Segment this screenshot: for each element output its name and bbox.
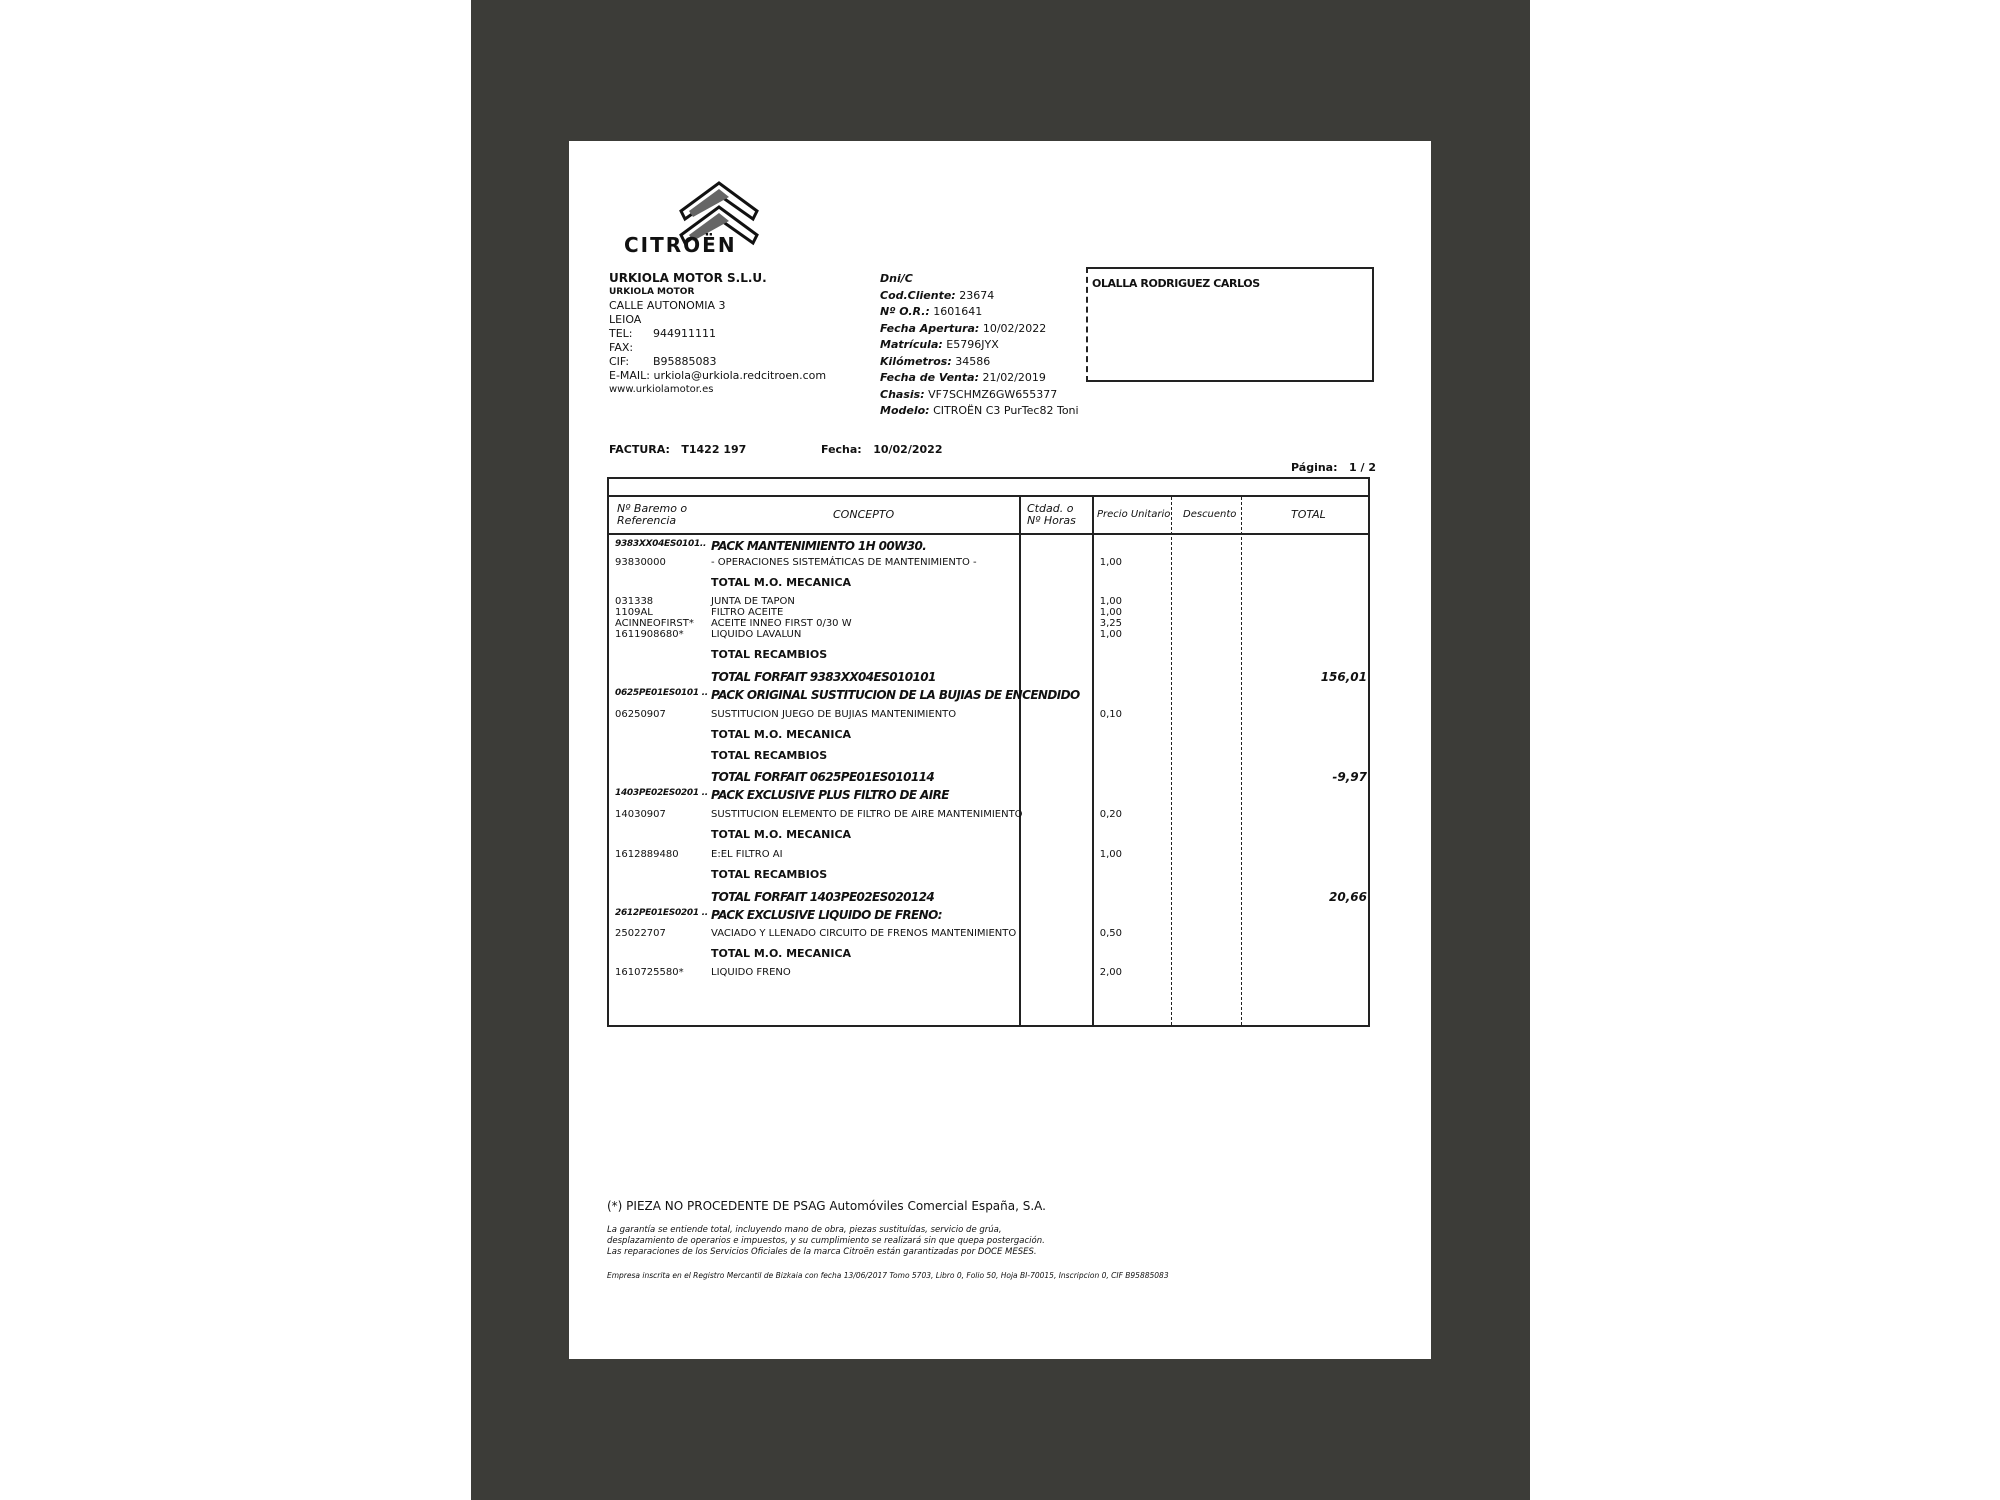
row-concept: TOTAL M.O. MECANICA [711, 576, 851, 589]
header-discount: Descuento [1183, 509, 1236, 521]
row-ref: 25022707 [615, 928, 666, 939]
row-ref: 9383XX04ES0101.. [615, 539, 706, 549]
row-concept: FILTRO ACEITE [711, 607, 783, 618]
invoice-page: CITROËN URKIOLA MOTOR S.L.U. URKIOLA MOT… [569, 141, 1431, 1359]
footer-note: (*) PIEZA NO PROCEDENTE DE PSAG Automóvi… [607, 1199, 1046, 1213]
customer-name: OLALLA RODRIGUEZ CARLOS [1092, 277, 1260, 290]
row-total: 156,01 [1259, 670, 1367, 684]
company-address: CALLE AUTONOMIA 3 [609, 299, 826, 313]
order-field: Kilómetros: 34586 [880, 354, 1079, 371]
row-concept: PACK ORIGINAL SUSTITUCION DE LA BUJIAS D… [711, 688, 1080, 702]
order-field: Cod.Cliente: 23674 [880, 288, 1079, 305]
row-concept: PACK EXCLUSIVE LIQUIDO DE FRENO: [711, 908, 942, 922]
company-web: www.urkiolamotor.es [609, 383, 826, 397]
row-concept: PACK MANTENIMIENTO 1H 00W30. [711, 539, 926, 553]
company-city: LEIOA [609, 313, 826, 327]
row-ref: 1611908680* [615, 629, 684, 640]
email-value: urkiola@urkiola.redcitroen.com [654, 369, 827, 382]
company-short: URKIOLA MOTOR [609, 285, 826, 299]
row-concept: JUNTA DE TAPON [711, 596, 795, 607]
row-total: 20,66 [1259, 890, 1367, 904]
email-label: E-MAIL: [609, 369, 650, 382]
order-field: Dni/C [880, 271, 1079, 288]
row-concept: LIQUIDO FRENO [711, 967, 791, 978]
tel-value: 944911111 [653, 327, 716, 340]
row-ref: 1109AL [615, 607, 653, 618]
row-concept: SUSTITUCION JUEGO DE BUJIAS MANTENIMIENT… [711, 709, 956, 720]
row-ref: 1612889480 [615, 849, 679, 860]
row-qty: 1,00 [1064, 607, 1122, 618]
row-concept: TOTAL RECAMBIOS [711, 749, 827, 762]
company-info: URKIOLA MOTOR S.L.U. URKIOLA MOTOR CALLE… [609, 271, 826, 397]
invoice-number: FACTURA: T1422 197 [609, 443, 746, 456]
company-name: URKIOLA MOTOR S.L.U. [609, 271, 826, 285]
row-qty: 0,20 [1064, 809, 1122, 820]
row-ref: 93830000 [615, 557, 666, 568]
row-concept: TOTAL RECAMBIOS [711, 868, 827, 881]
row-ref: 0625PE01ES0101 .. [615, 688, 708, 698]
row-concept: SUSTITUCION ELEMENTO DE FILTRO DE AIRE M… [711, 809, 1023, 820]
row-concept: TOTAL M.O. MECANICA [711, 828, 851, 841]
row-concept: TOTAL M.O. MECANICA [711, 728, 851, 741]
table-top-band [609, 479, 1368, 497]
page-indicator: Página: 1 / 2 [1291, 461, 1376, 474]
fax-label: FAX: [609, 341, 653, 355]
row-qty: 3,25 [1064, 618, 1122, 629]
row-concept: TOTAL M.O. MECANICA [711, 947, 851, 960]
row-concept: PACK EXCLUSIVE PLUS FILTRO DE AIRE [711, 788, 949, 802]
order-info: Dni/C Cod.Cliente: 23674Nº O.R.: 1601641… [880, 271, 1079, 420]
cif-value: B95885083 [653, 355, 717, 368]
header-total: TOTAL [1291, 509, 1326, 521]
invoice-table: Nº Baremo o Referencia CONCEPTO Ctdad. o… [607, 477, 1370, 1027]
order-field: Chasis: VF7SCHMZ6GW655377 [880, 387, 1079, 404]
customer-box: OLALLA RODRIGUEZ CARLOS [1086, 267, 1374, 382]
row-ref: 031338 [615, 596, 653, 607]
order-field: Fecha de Venta: 21/02/2019 [880, 370, 1079, 387]
header-concept: CONCEPTO [833, 509, 894, 521]
brand-name: CITROËN [624, 233, 737, 257]
warranty-text: La garantía se entiende total, incluyend… [607, 1225, 1045, 1258]
row-ref: ACINNEOFIRST* [615, 618, 694, 629]
order-field: Fecha Apertura: 10/02/2022 [880, 321, 1079, 338]
row-concept: VACIADO Y LLENADO CIRCUITO DE FRENOS MAN… [711, 928, 1016, 939]
row-qty: 1,00 [1064, 629, 1122, 640]
cif-label: CIF: [609, 355, 653, 369]
row-qty: 1,00 [1064, 596, 1122, 607]
row-qty: 0,10 [1064, 709, 1122, 720]
row-total: -9,97 [1259, 770, 1367, 784]
row-qty: 1,00 [1064, 557, 1122, 568]
row-qty: 0,50 [1064, 928, 1122, 939]
row-qty: 2,00 [1064, 967, 1122, 978]
row-ref: 2612PE01ES0201 .. [615, 908, 708, 918]
row-ref: 1610725580* [615, 967, 684, 978]
header-ref: Nº Baremo o Referencia [617, 503, 697, 527]
order-field: Matrícula: E5796JYX [880, 337, 1079, 354]
registry-text: Empresa inscrita en el Registro Mercanti… [607, 1271, 1169, 1280]
tel-label: TEL: [609, 327, 653, 341]
row-concept: TOTAL FORFAIT 1403PE02ES020124 [711, 890, 934, 904]
row-concept: E:EL FILTRO AI [711, 849, 783, 860]
header-unit-price: Precio Unitario [1097, 509, 1170, 521]
row-concept: TOTAL FORFAIT 9383XX04ES010101 [711, 670, 936, 684]
order-field: Modelo: CITROËN C3 PurTec82 Toni [880, 403, 1079, 420]
invoice-date: Fecha: 10/02/2022 [821, 443, 942, 456]
row-concept: TOTAL FORFAIT 0625PE01ES010114 [711, 770, 934, 784]
row-ref: 14030907 [615, 809, 666, 820]
order-field: Nº O.R.: 1601641 [880, 304, 1079, 321]
row-concept: ACEITE INNEO FIRST 0/30 W [711, 618, 852, 629]
row-concept: TOTAL RECAMBIOS [711, 648, 827, 661]
row-ref: 06250907 [615, 709, 666, 720]
header-qty: Ctdad. o Nº Horas [1027, 503, 1077, 527]
row-concept: - OPERACIONES SISTEMÁTICAS DE MANTENIMIE… [711, 557, 977, 568]
row-qty: 1,00 [1064, 849, 1122, 860]
row-concept: LIQUIDO LAVALUN [711, 629, 801, 640]
table-header: Nº Baremo o Referencia CONCEPTO Ctdad. o… [609, 497, 1368, 535]
row-ref: 1403PE02ES0201 .. [615, 788, 708, 798]
